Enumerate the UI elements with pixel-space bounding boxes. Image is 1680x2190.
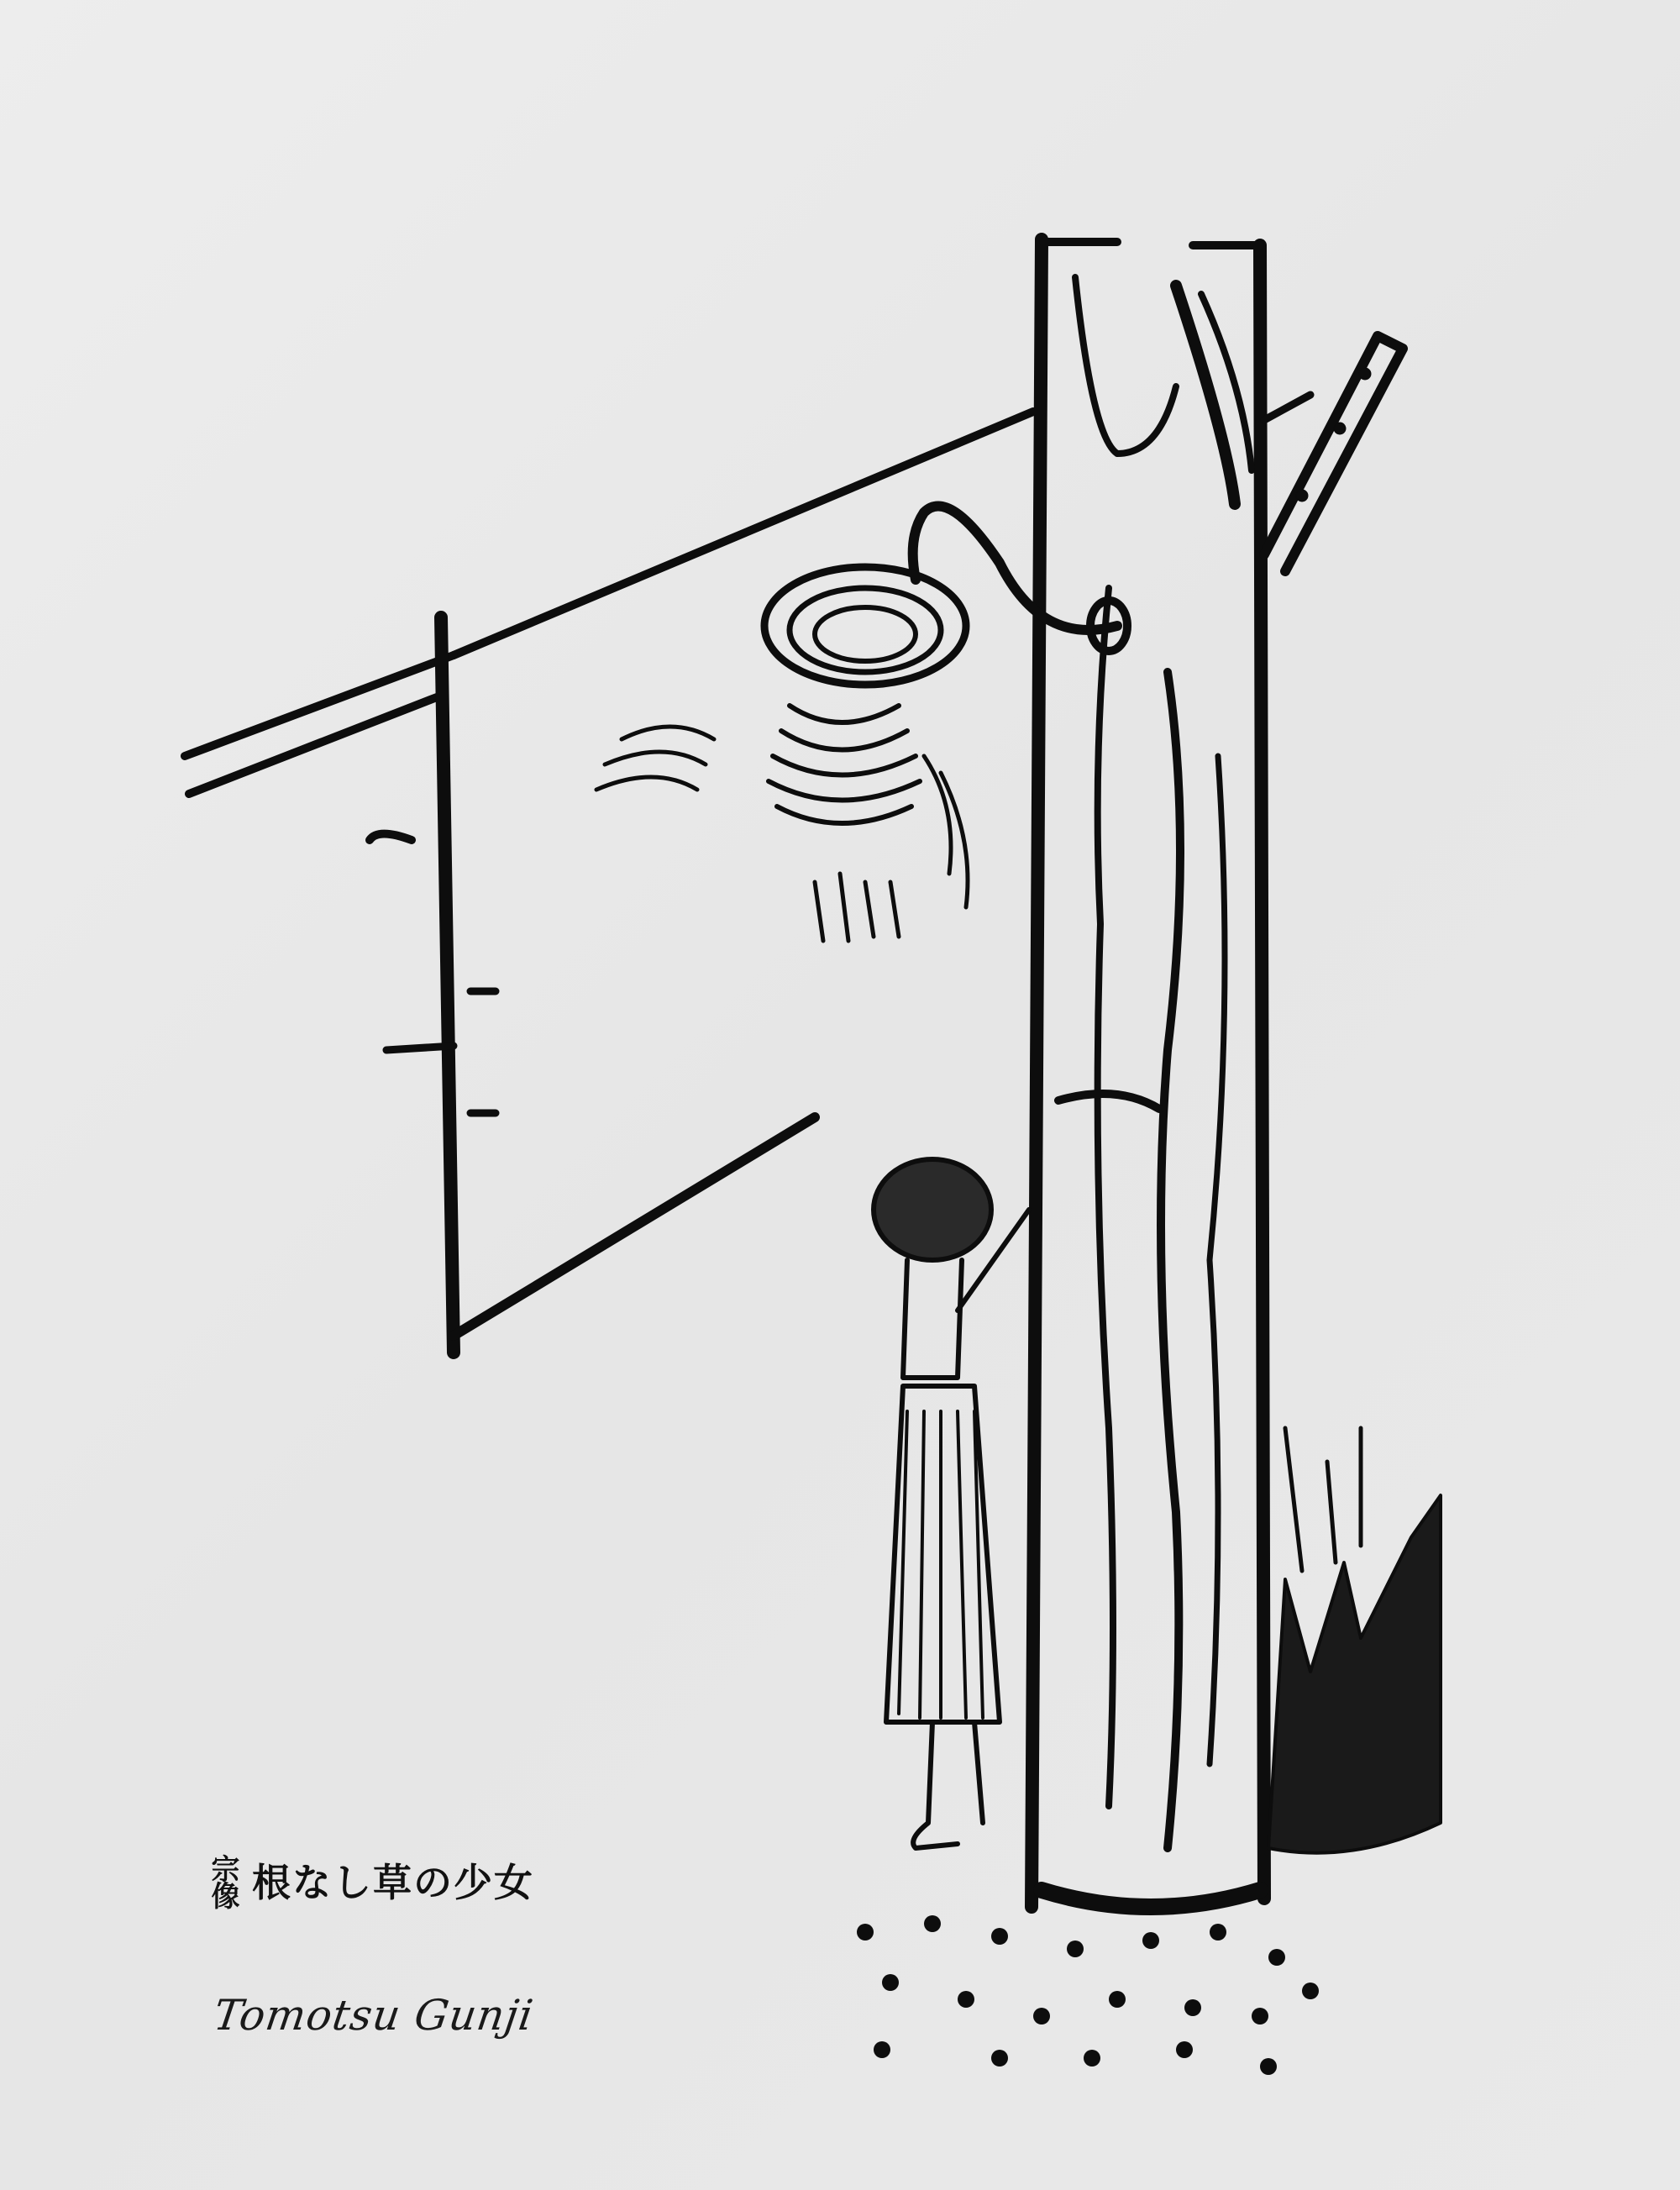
print-title: 根なし草の少女	[252, 1852, 534, 1908]
artist-signature: Tomotsu Gunji	[211, 1991, 537, 2040]
street-lamp	[596, 507, 1127, 942]
girl-figure	[874, 1159, 1029, 1848]
utility-pole	[1032, 239, 1264, 1907]
grass	[1268, 1428, 1441, 1853]
inscription: 宗像 根なし草の少女	[208, 1852, 534, 1908]
crossarm-bracket	[1264, 336, 1403, 571]
artist-seal: 宗像	[208, 1854, 237, 1908]
stones	[857, 1915, 1319, 2075]
